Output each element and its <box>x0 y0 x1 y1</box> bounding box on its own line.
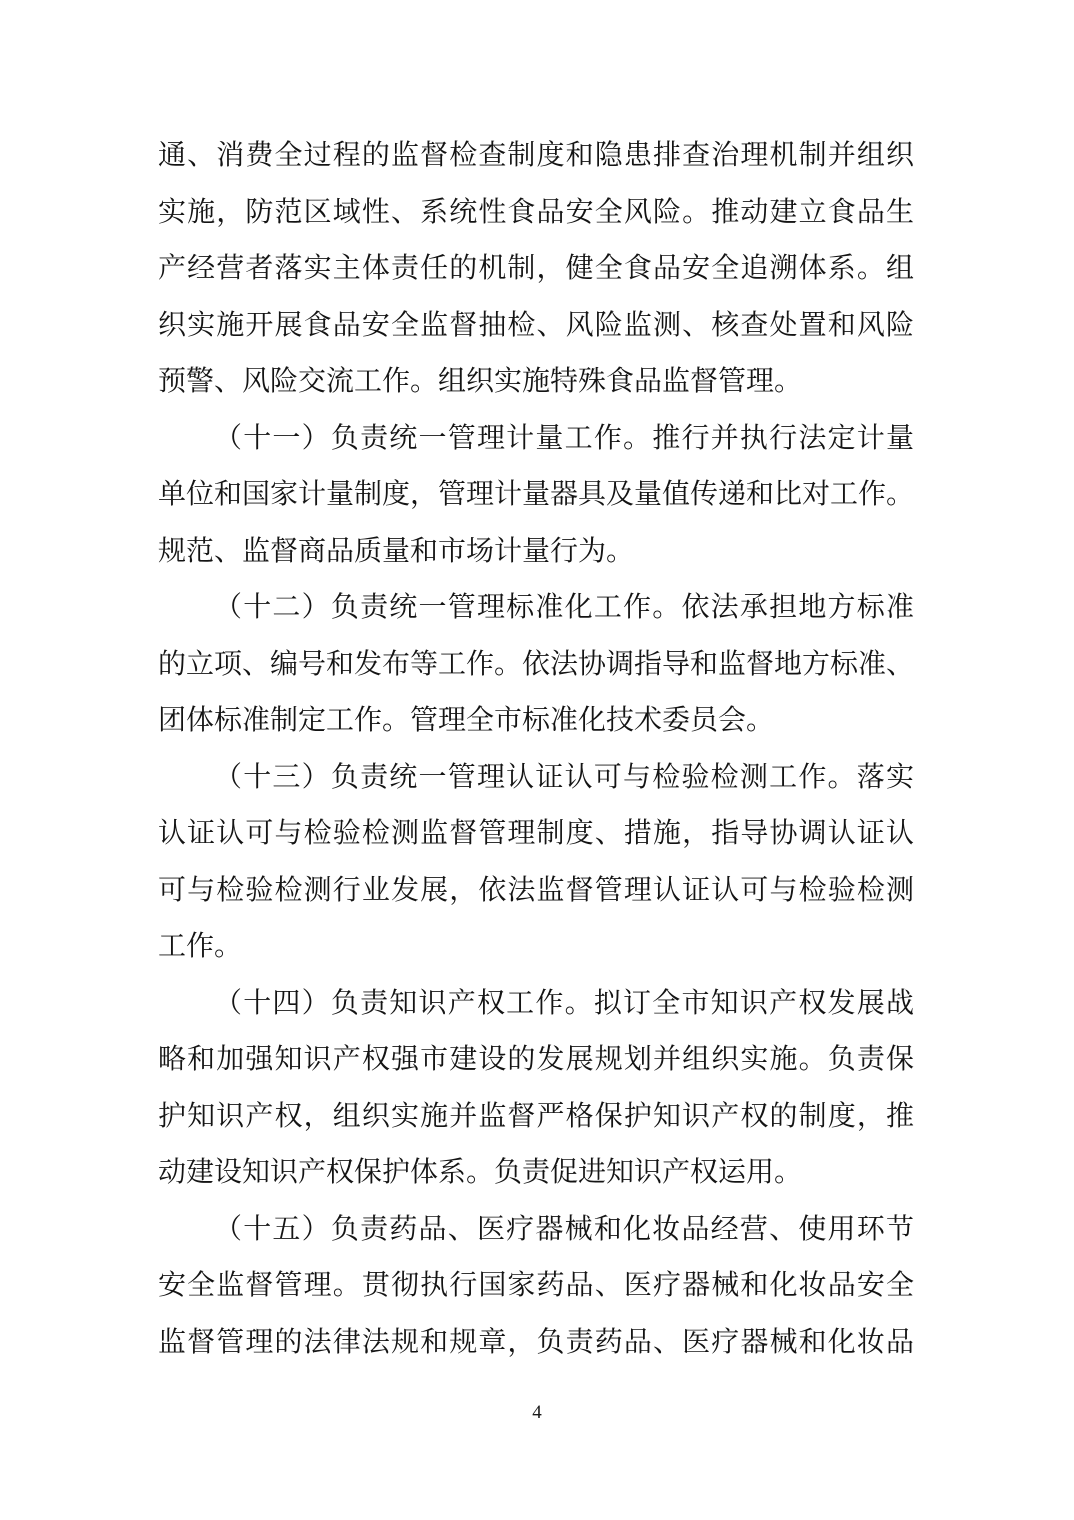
text-line: 实施，防范区域性、系统性食品安全风险。推动建立食品生 <box>158 185 914 242</box>
text-line: 监督管理的法律法规和规章，负责药品、医疗器械和化妆品 <box>158 1315 914 1372</box>
text-line: 的立项、编号和发布等工作。依法协调指导和监督地方标准、 <box>158 637 914 694</box>
text-line: （十一）负责统一管理计量工作。推行并执行法定计量 <box>158 411 914 468</box>
paragraph: （十四）负责知识产权工作。拟订全市知识产权发展战略和加强知识产权强市建设的发展规… <box>158 976 914 1202</box>
text-line: 织实施开展食品安全监督抽检、风险监测、核查处置和风险 <box>158 298 914 355</box>
paragraph: 通、消费全过程的监督检查制度和隐患排查治理机制并组织实施，防范区域性、系统性食品… <box>158 128 914 411</box>
paragraph: （十一）负责统一管理计量工作。推行并执行法定计量单位和国家计量制度，管理计量器具… <box>158 411 914 581</box>
text-line: 单位和国家计量制度，管理计量器具及量值传递和比对工作。 <box>158 467 914 524</box>
text-line: 规范、监督商品质量和市场计量行为。 <box>158 524 914 581</box>
text-line: （十三）负责统一管理认证认可与检验检测工作。落实 <box>158 750 914 807</box>
text-line: （十四）负责知识产权工作。拟订全市知识产权发展战 <box>158 976 914 1033</box>
text-line: 安全监督管理。贯彻执行国家药品、医疗器械和化妆品安全 <box>158 1258 914 1315</box>
paragraph: （十五）负责药品、医疗器械和化妆品经营、使用环节安全监督管理。贯彻执行国家药品、… <box>158 1202 914 1372</box>
page-number: 4 <box>0 1400 1074 1426</box>
text-line: 可与检验检测行业发展，依法监督管理认证认可与检验检测 <box>158 863 914 920</box>
text-line: 团体标准制定工作。管理全市标准化技术委员会。 <box>158 693 914 750</box>
paragraph: （十三）负责统一管理认证认可与检验检测工作。落实认证认可与检验检测监督管理制度、… <box>158 750 914 976</box>
text-line: 认证认可与检验检测监督管理制度、措施，指导协调认证认 <box>158 806 914 863</box>
paragraph: （十二）负责统一管理标准化工作。依法承担地方标准的立项、编号和发布等工作。依法协… <box>158 580 914 750</box>
document-body: 通、消费全过程的监督检查制度和隐患排查治理机制并组织实施，防范区域性、系统性食品… <box>158 128 914 1371</box>
text-line: 预警、风险交流工作。组织实施特殊食品监督管理。 <box>158 354 914 411</box>
text-line: 通、消费全过程的监督检查制度和隐患排查治理机制并组织 <box>158 128 914 185</box>
text-line: 动建设知识产权保护体系。负责促进知识产权运用。 <box>158 1145 914 1202</box>
text-line: 略和加强知识产权强市建设的发展规划并组织实施。负责保 <box>158 1032 914 1089</box>
text-line: （十二）负责统一管理标准化工作。依法承担地方标准 <box>158 580 914 637</box>
text-line: 工作。 <box>158 919 914 976</box>
text-line: （十五）负责药品、医疗器械和化妆品经营、使用环节 <box>158 1202 914 1259</box>
document-page: 通、消费全过程的监督检查制度和隐患排查治理机制并组织实施，防范区域性、系统性食品… <box>0 0 1074 1520</box>
text-line: 护知识产权，组织实施并监督严格保护知识产权的制度，推 <box>158 1089 914 1146</box>
text-line: 产经营者落实主体责任的机制，健全食品安全追溯体系。组 <box>158 241 914 298</box>
